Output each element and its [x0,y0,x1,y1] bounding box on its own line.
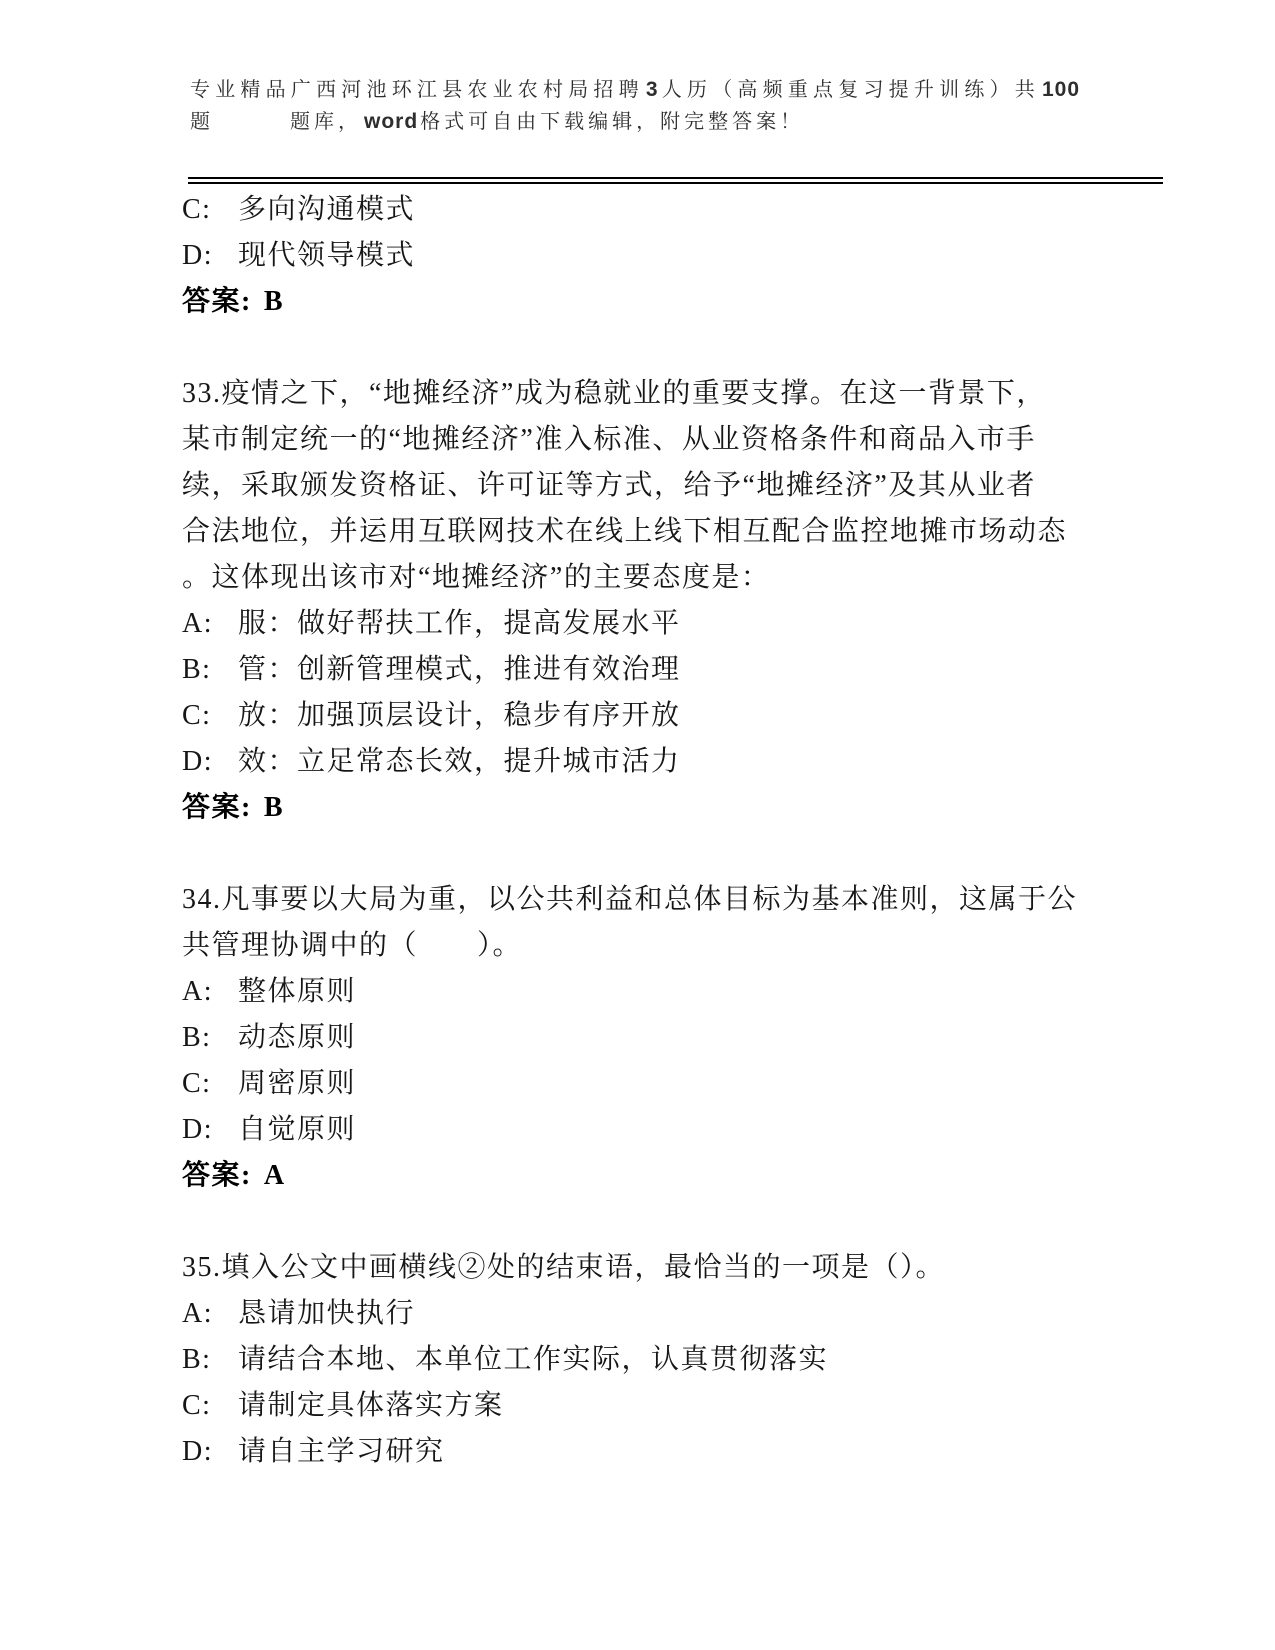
option-label: B: [182,1015,238,1061]
header-subtitle-seg1: 题库， [290,111,362,133]
question-text-line: 共管理协调中的（ ）。 [182,923,1082,969]
option-text: 服：做好帮扶工作，提高发展水平 [238,608,681,639]
answer-label: 答案: [182,1160,252,1191]
option-text: 恳请加快执行 [238,1298,415,1329]
answer-value: B [264,286,284,317]
option-label: C: [182,1383,238,1429]
option-text: 多向沟通模式 [238,194,415,225]
option-text: 放：加强顶层设计，稳步有序开放 [238,700,681,731]
option-row: D:自觉原则 [182,1107,1082,1153]
option-row: C:请制定具体落实方案 [182,1383,1082,1429]
option-label: C: [182,1061,238,1107]
option-text: 请自主学习研究 [238,1436,445,1467]
option-row: D:现代领导模式 [182,233,1082,279]
option-text: 现代领导模式 [238,240,415,271]
option-text: 管：创新管理模式，推进有效治理 [238,654,681,685]
header-title-seg2: 人历（高频重点复习提升训练）共 [661,79,1040,101]
option-label: B: [182,1337,238,1383]
question-text-line: 续，采取颁发资格证、许可证等方式，给予“地摊经济”及其从业者 [182,463,1082,509]
option-text: 请结合本地、本单位工作实际，认真贯彻落实 [238,1344,828,1375]
option-label: D: [182,1429,238,1475]
option-text: 请制定具体落实方案 [238,1390,504,1421]
option-label: A: [182,601,238,647]
header-title-wrap-char: 题 [190,111,214,133]
answer-label: 答案: [182,792,252,823]
option-row: B:动态原则 [182,1015,1082,1061]
option-row: A:服：做好帮扶工作，提高发展水平 [182,601,1082,647]
option-text: 效：立足常态长效，提升城市活力 [238,746,681,777]
question-34: 34.凡事要以大局为重，以公共利益和总体目标为基本准则，这属于公 共管理协调中的… [182,877,1082,1199]
option-row: C:多向沟通模式 [182,187,1082,233]
option-text: 动态原则 [238,1022,356,1053]
answer-line: 答案:B [182,279,1082,325]
option-row: B:管：创新管理模式，推进有效治理 [182,647,1082,693]
option-row: B:请结合本地、本单位工作实际，认真贯彻落实 [182,1337,1082,1383]
header-title-num-total: 100 [1040,78,1082,101]
option-label: D: [182,1107,238,1153]
answer-line: 答案:A [182,1153,1082,1199]
question-33: 33.疫情之下，“地摊经济”成为稳就业的重要支撑。在这一背景下， 某市制定统一的… [182,371,1082,831]
question-text-line: 33.疫情之下，“地摊经济”成为稳就业的重要支撑。在这一背景下， [182,371,1082,417]
option-label: D: [182,233,238,279]
option-row: C:放：加强顶层设计，稳步有序开放 [182,693,1082,739]
header-title-seg1: 专业精品广西河池环江县农业农村局招聘 [190,79,644,101]
option-text: 自觉原则 [238,1114,356,1145]
header-subtitle-word: word [362,110,420,133]
header-subtitle-seg2: 格式可自由下载编辑，附完整答案！ [420,111,804,133]
exam-content: C:多向沟通模式 D:现代领导模式 答案:B 33.疫情之下，“地摊经济”成为稳… [182,187,1082,1475]
document-header: 专业精品广西河池环江县农业农村局招聘3人历（高频重点复习提升训练）共100 题题… [190,74,1082,138]
option-row: A:恳请加快执行 [182,1291,1082,1337]
option-row: A:整体原则 [182,969,1082,1015]
answer-label: 答案: [182,286,252,317]
question-text-line: 。这体现出该市对“地摊经济”的主要态度是： [182,555,1082,601]
option-text: 周密原则 [238,1068,356,1099]
option-row: C:周密原则 [182,1061,1082,1107]
option-label: B: [182,647,238,693]
question-text-line: 34.凡事要以大局为重，以公共利益和总体目标为基本准则，这属于公 [182,877,1082,923]
question-32-tail: C:多向沟通模式 D:现代领导模式 答案:B [182,187,1082,325]
answer-value: B [264,792,284,823]
option-text: 整体原则 [238,976,356,1007]
option-label: A: [182,969,238,1015]
option-label: C: [182,693,238,739]
document-page: 专业精品广西河池环江县农业农村局招聘3人历（高频重点复习提升训练）共100 题题… [0,0,1275,1650]
question-text-line: 合法地位，并运用互联网技术在线上线下相互配合监控地摊市场动态 [182,509,1082,555]
header-title-line1: 专业精品广西河池环江县农业农村局招聘3人历（高频重点复习提升训练）共100 [190,74,1082,106]
option-label: D: [182,739,238,785]
option-label: C: [182,187,238,233]
answer-line: 答案:B [182,785,1082,831]
answer-value: A [264,1160,286,1191]
option-row: D:请自主学习研究 [182,1429,1082,1475]
option-row: D:效：立足常态长效，提升城市活力 [182,739,1082,785]
header-divider-rule [188,177,1163,184]
header-title-num-positions: 3 [644,78,661,101]
question-35: 35.填入公文中画横线②处的结束语，最恰当的一项是（）。 A:恳请加快执行 B:… [182,1245,1082,1475]
question-text-line: 35.填入公文中画横线②处的结束语，最恰当的一项是（）。 [182,1245,1082,1291]
header-title-line2: 题题库，word格式可自由下载编辑，附完整答案！ [190,106,1082,138]
option-label: A: [182,1291,238,1337]
question-text-line: 某市制定统一的“地摊经济”准入标准、从业资格条件和商品入市手 [182,417,1082,463]
